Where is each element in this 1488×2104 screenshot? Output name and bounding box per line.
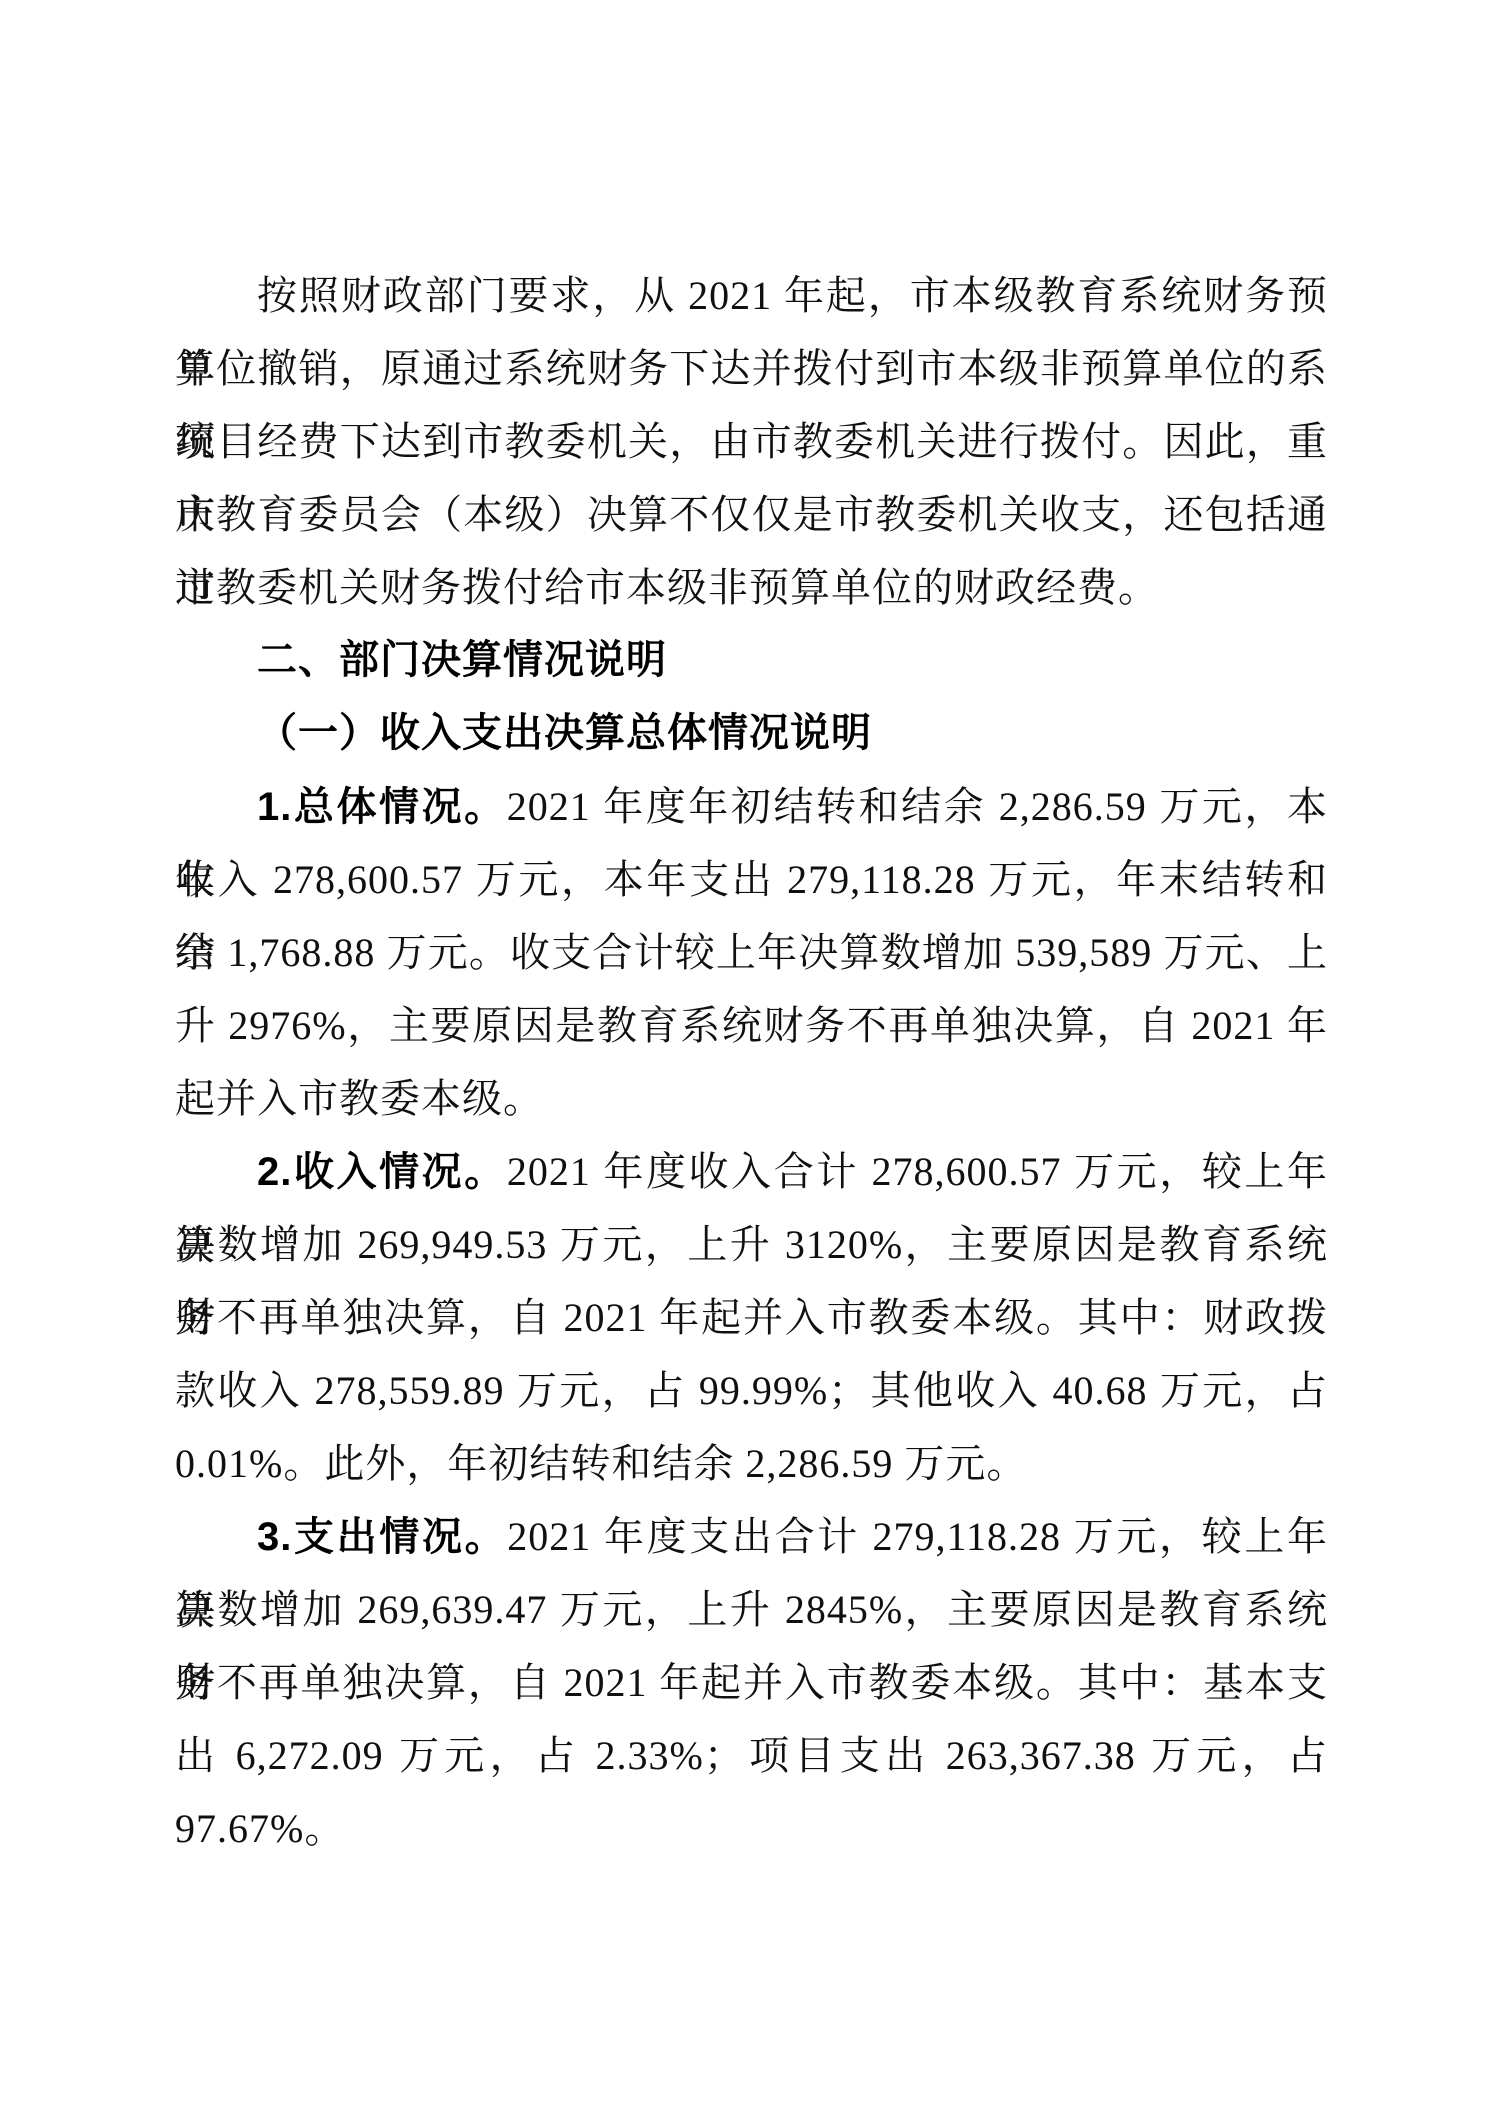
overall-line-4: 升 2976%，主要原因是教育系统财务不再单独决算，自 2021 年 <box>175 989 1328 1062</box>
expenditure-line-4: 出 6,272.09 万元，占 2.33%；项目支出 263,367.38 万元… <box>175 1719 1328 1792</box>
overall-line-2: 收入 278,600.57 万元，本年支出 279,118.28 万元，年末结转… <box>175 843 1328 916</box>
income-line-3: 务不再单独决算，自 2021 年起并入市教委本级。其中：财政拨 <box>175 1281 1328 1354</box>
expenditure-line-3: 务不再单独决算，自 2021 年起并入市教委本级。其中：基本支 <box>175 1646 1328 1719</box>
expenditure-bold-lead: 3.支出情况。 <box>257 1515 507 1559</box>
overall-line-1: 1.总体情况。2021 年度年初结转和结余 2,286.59 万元，本年 <box>175 770 1328 843</box>
expenditure-line-2: 算数增加 269,639.47 万元，上升 2845%，主要原因是教育系统财 <box>175 1573 1328 1646</box>
intro-line-4: 市教育委员会（本级）决算不仅仅是市教委机关收支，还包括通过 <box>175 478 1328 551</box>
overall-bold-lead: 1.总体情况。 <box>257 785 507 829</box>
expenditure-line-5: 97.67%。 <box>175 1792 1328 1865</box>
overall-line-3: 余 1,768.88 万元。收支合计较上年决算数增加 539,589 万元、上 <box>175 916 1328 989</box>
expenditure-line-1: 3.支出情况。2021 年度支出合计 279,118.28 万元，较上年决 <box>175 1500 1328 1573</box>
document-page: 按照财政部门要求，从 2021 年起，市本级教育系统财务预算 单位撤销，原通过系… <box>0 0 1488 2104</box>
income-line-1: 2.收入情况。2021 年度收入合计 278,600.57 万元，较上年决 <box>175 1135 1328 1208</box>
section-heading: 二、部门决算情况说明 <box>175 624 1328 697</box>
overall-line-5: 起并入市教委本级。 <box>175 1062 1328 1135</box>
subsection-heading: （一）收入支出决算总体情况说明 <box>175 697 1328 770</box>
income-line-5: 0.01%。此外，年初结转和结余 2,286.59 万元。 <box>175 1427 1328 1500</box>
intro-line-2: 单位撤销，原通过系统财务下达并拨付到市本级非预算单位的系统 <box>175 332 1328 405</box>
income-line-4: 款收入 278,559.89 万元，占 99.99%；其他收入 40.68 万元… <box>175 1354 1328 1427</box>
income-line-2: 算数增加 269,949.53 万元，上升 3120%，主要原因是教育系统财 <box>175 1208 1328 1281</box>
intro-line-5: 市教委机关财务拨付给市本级非预算单位的财政经费。 <box>175 551 1328 624</box>
income-bold-lead: 2.收入情况。 <box>257 1150 507 1194</box>
intro-line-1: 按照财政部门要求，从 2021 年起，市本级教育系统财务预算 <box>175 259 1328 332</box>
intro-line-3: 项目经费下达到市教委机关，由市教委机关进行拨付。因此，重庆 <box>175 405 1328 478</box>
document-content: 按照财政部门要求，从 2021 年起，市本级教育系统财务预算 单位撤销，原通过系… <box>175 259 1328 1865</box>
